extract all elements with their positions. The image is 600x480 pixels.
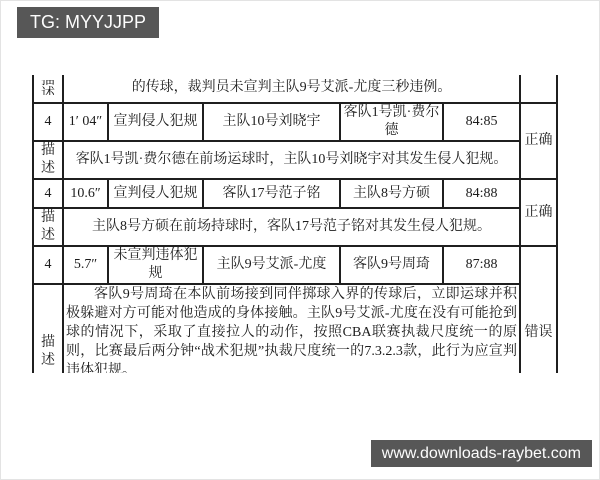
cutoff-desc-label-cell: 描述 [33, 75, 63, 103]
desc-text-cell: 客队1号凯·费尔德在前场运球时，主队10号刘晓宇对其发生侵人犯规。 [63, 141, 520, 179]
time-cell: 5.7″ [63, 246, 108, 284]
period-cell: 4 [33, 103, 63, 141]
desc-text-cell: 客队9号周琦在本队前场接到同伴掷球入界的传球后，立即运球并积极躲避对方可能对他造… [63, 284, 520, 373]
description-row: 描述 主队8号方硕在前场持球时，客队17号范子铭对其发生侵人犯规。 [33, 208, 557, 246]
report-table-clip: 描述 的传球，裁判员未宣判主队9号艾派-尤度三秒违例。 4 1′ 04″ 宣判侵… [32, 75, 562, 373]
call-cell: 宣判侵人犯规 [108, 103, 203, 141]
watermark-top-text: TG: MYYJJPP [30, 12, 146, 32]
result-cell: 正确 [520, 103, 557, 179]
call-cell: 未宣判违体犯规 [108, 246, 203, 284]
time-cell: 10.6″ [63, 179, 108, 208]
desc-text-cell: 主队8号方硕在前场持球时，客队17号范子铭对其发生侵人犯规。 [63, 208, 520, 246]
cutoff-description-row: 描述 的传球，裁判员未宣判主队9号艾派-尤度三秒违例。 [33, 75, 557, 103]
cutoff-result-cell [520, 75, 557, 103]
period-cell: 4 [33, 179, 63, 208]
desc-paragraph: 客队9号周琦在本队前场接到同伴掷球入界的传球后，立即运球并积极躲避对方可能对他造… [66, 285, 517, 373]
player-a-cell: 主队9号艾派-尤度 [203, 246, 340, 284]
desc-label-cell: 描述 [33, 141, 63, 179]
description-row: 描述 客队9号周琦在本队前场接到同伴掷球入界的传球后，立即运球并积极躲避对方可能… [33, 284, 557, 373]
scanned-referee-report-page: { "watermarks": { "top": "TG: MYYJJPP", … [0, 0, 600, 480]
cutoff-desc-text-cell: 的传球，裁判员未宣判主队9号艾派-尤度三秒违例。 [63, 75, 520, 103]
period-cell: 4 [33, 246, 63, 284]
time-cell: 1′ 04″ [63, 103, 108, 141]
call-cell: 宣判侵人犯规 [108, 179, 203, 208]
result-cell: 正确 [520, 179, 557, 246]
player-b-cell: 客队1号凯·费尔德 [340, 103, 443, 141]
score-cell: 84:88 [443, 179, 520, 208]
player-a-cell: 主队10号刘晓宇 [203, 103, 340, 141]
desc-label-cell: 描述 [33, 208, 63, 246]
referee-report-table: 描述 的传球，裁判员未宣判主队9号艾派-尤度三秒违例。 4 1′ 04″ 宣判侵… [32, 75, 558, 373]
incident-row: 4 1′ 04″ 宣判侵人犯规 主队10号刘晓宇 客队1号凯·费尔德 84:85… [33, 103, 557, 141]
watermark-bottom-badge: www.downloads-raybet.com [371, 440, 592, 467]
desc-label-cell: 描述 [33, 284, 63, 373]
player-b-cell: 主队8号方硕 [340, 179, 443, 208]
player-a-cell: 客队17号范子铭 [203, 179, 340, 208]
score-cell: 87:88 [443, 246, 520, 284]
watermark-bottom-text: www.downloads-raybet.com [382, 445, 581, 462]
clipped-label-remnant: 描述 [36, 80, 60, 95]
score-cell: 84:85 [443, 103, 520, 141]
result-cell: 错误 [520, 246, 557, 373]
description-row: 描述 客队1号凯·费尔德在前场运球时，主队10号刘晓宇对其发生侵人犯规。 [33, 141, 557, 179]
incident-row: 4 10.6″ 宣判侵人犯规 客队17号范子铭 主队8号方硕 84:88 正确 [33, 179, 557, 208]
watermark-top-badge: TG: MYYJJPP [17, 7, 159, 38]
player-b-cell: 客队9号周琦 [340, 246, 443, 284]
incident-row: 4 5.7″ 未宣判违体犯规 主队9号艾派-尤度 客队9号周琦 87:88 错误 [33, 246, 557, 284]
